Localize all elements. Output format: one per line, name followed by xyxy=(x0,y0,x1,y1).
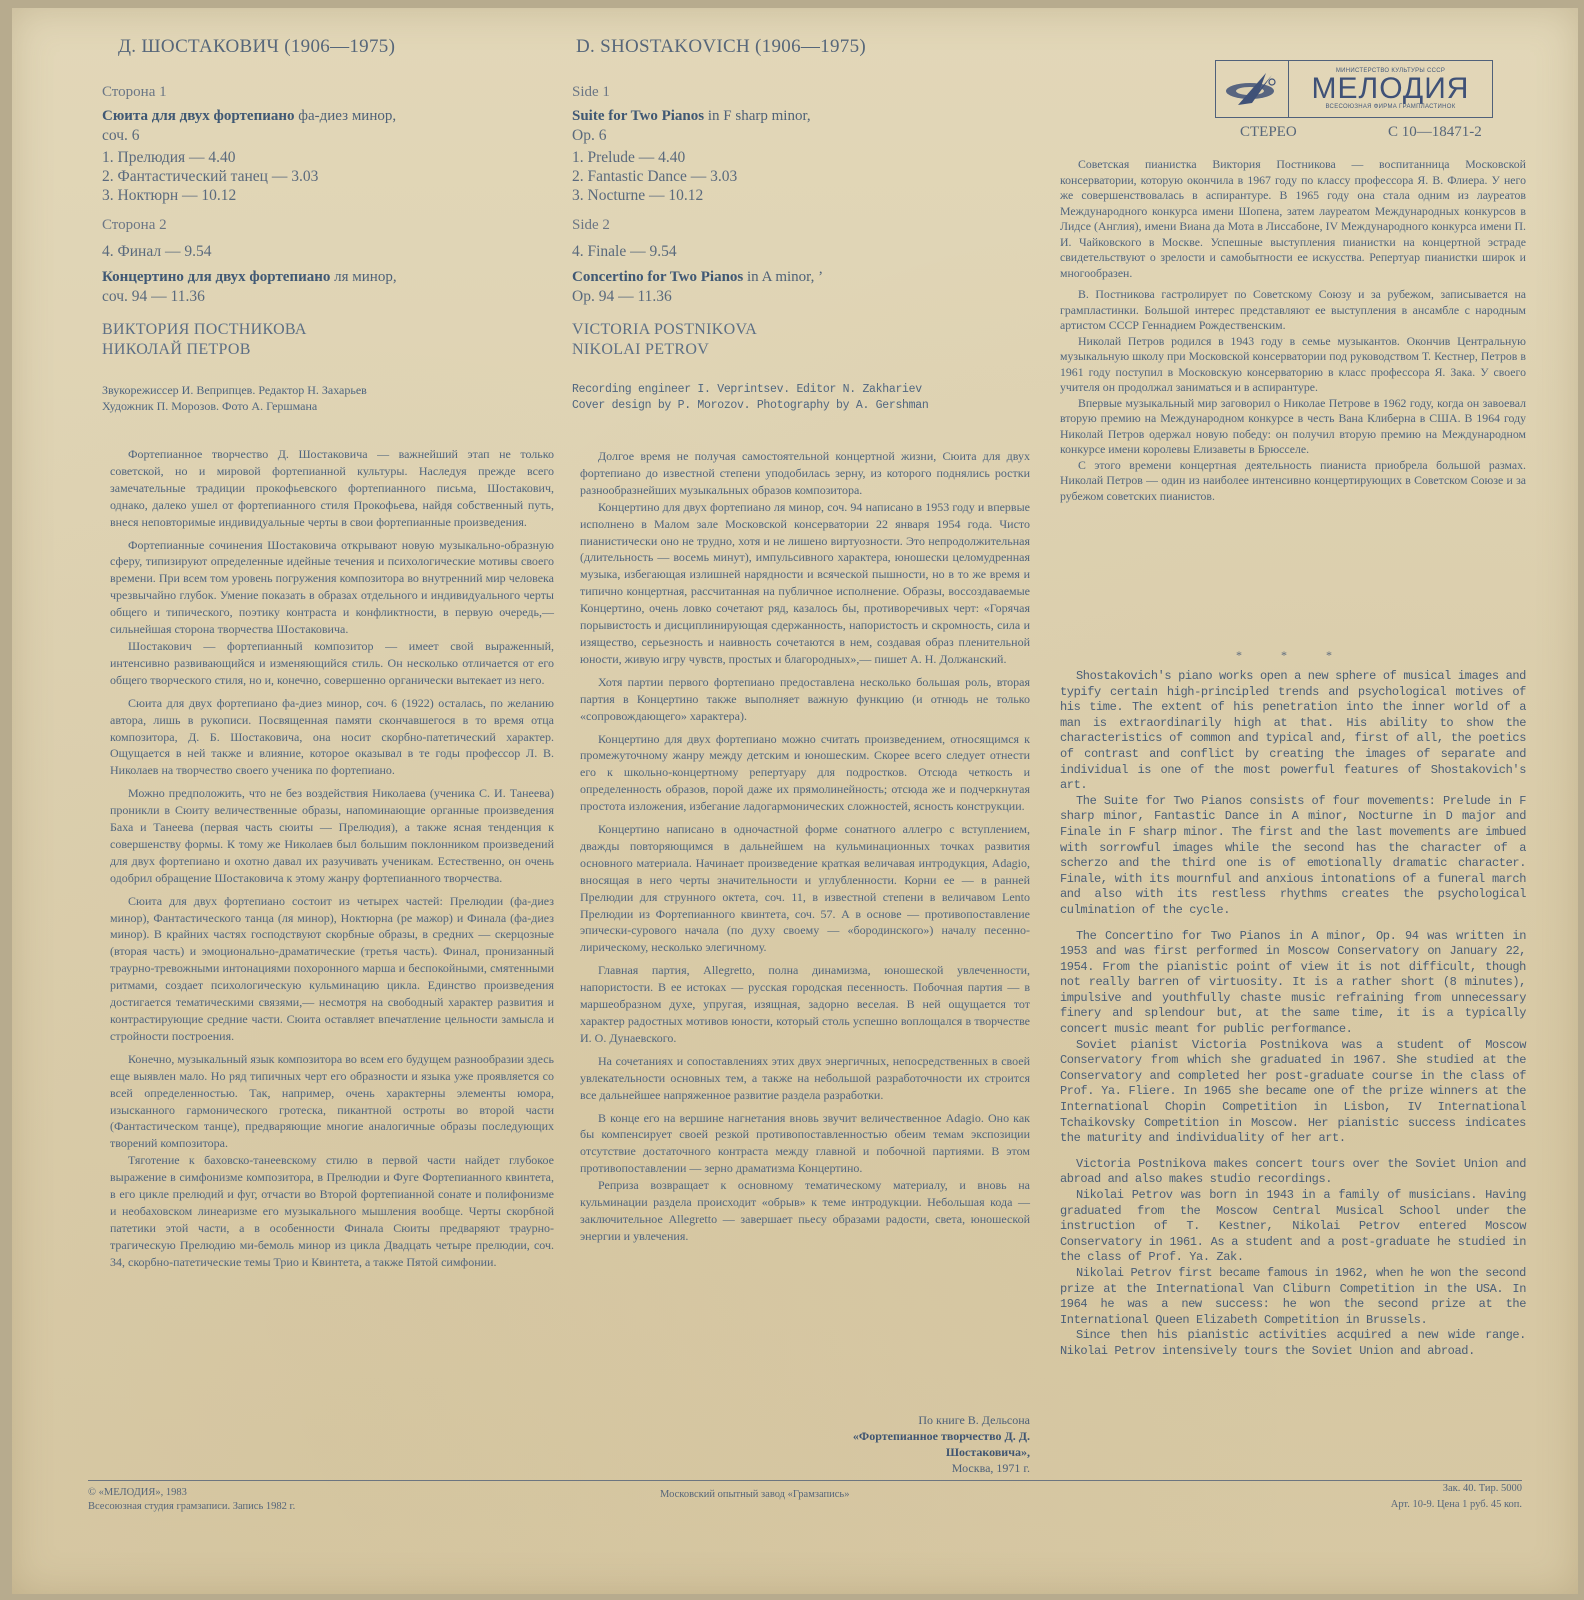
performers-en: VICTORIA POSTNIKOVA NIKOLAI PETROV xyxy=(572,320,1042,360)
suite-title-en: Suite for Two Pianos in F sharp minor, xyxy=(572,107,1042,126)
performer-name: NIKOLAI PETROV xyxy=(572,340,1042,360)
english-paragraph: The Suite for Two Pianos consists of fou… xyxy=(1060,794,1526,919)
bio-paragraph: В. Постникова гастролирует по Советскому… xyxy=(1060,287,1526,334)
essay-paragraph: Тяготение к баховско-танеевскому стилю в… xyxy=(110,1152,554,1270)
essay-paragraph: Реприза возвращает к основному тематичес… xyxy=(580,1177,1030,1245)
track-item: 2. Фантастический танец — 3.03 xyxy=(102,167,562,186)
tracklist-ru: Сторона 1 Сюита для двух фортепиано фа-д… xyxy=(102,84,562,414)
essay-paragraph: Долгое время не получая самостоятельной … xyxy=(580,448,1030,499)
english-paragraph: Soviet pianist Victoria Postnikova was a… xyxy=(1060,1038,1526,1147)
side-2-label-ru: Сторона 2 xyxy=(102,217,562,234)
english-text: Shostakovich's piano works open a new sp… xyxy=(1060,669,1526,1360)
essay-ru-part-1: Фортепианное творчество Д. Шостаковича —… xyxy=(110,446,554,1271)
bio-paragraph: С этого времени концертная деятельность … xyxy=(1060,458,1526,505)
concertino-opus-en: Op. 94 — 11.36 xyxy=(572,287,1042,306)
tracklist-en: Side 1 Suite for Two Pianos in F sharp m… xyxy=(572,84,1042,414)
bio-paragraph: Впервые музыкальный мир заговорил о Нико… xyxy=(1060,396,1526,458)
source-attribution: По книге В. Дельсона «Фортепианное творч… xyxy=(766,1412,1030,1476)
price-info: Арт. 10-9. Цена 1 руб. 45 коп. xyxy=(1391,1498,1522,1512)
english-paragraph: The Concertino for Two Pianos in A minor… xyxy=(1060,929,1526,1038)
track-item: 3. Nocturne — 10.12 xyxy=(572,186,1042,205)
credits-ru: Звукорежиссер И. Веприпцев. Редактор Н. … xyxy=(102,382,562,414)
track-item: 1. Прелюдия — 4.40 xyxy=(102,148,562,167)
suite-opus-en: Op. 6 xyxy=(572,126,1042,145)
credit-line: Художник П. Морозов. Фото А. Гершмана xyxy=(102,398,562,414)
pressing-plant: Московский опытный завод «Грамзапись» xyxy=(660,1488,849,1502)
essay-paragraph: Фортепианное творчество Д. Шостаковича —… xyxy=(110,446,554,531)
credits-en: Recording engineer I. Veprintsev. Editor… xyxy=(572,382,1042,414)
side-1-label-en: Side 1 xyxy=(572,84,1042,101)
melodiya-logo: Министерство культуры СССР МЕЛОДИЯ Всесо… xyxy=(1215,60,1493,118)
performer-name: ВИКТОРИЯ ПОСТНИКОВА xyxy=(102,320,562,340)
copyright-line: © «МЕЛОДИЯ», 1983 xyxy=(88,1486,187,1500)
studio-line: Всесоюзная студия грамзаписи. Запись 198… xyxy=(88,1500,295,1514)
suite-opus-ru: соч. 6 xyxy=(102,126,562,145)
essay-paragraph: Конечно, музыкальный язык композитора во… xyxy=(110,1051,554,1152)
side-1-tracks-ru: 1. Прелюдия — 4.40 2. Фантастический тан… xyxy=(102,148,562,205)
credit-line: Recording engineer I. Veprintsev. Editor… xyxy=(572,382,1042,398)
concertino-title-en: Concertino for Two Pianos in A minor, ’ xyxy=(572,268,1042,287)
section-separator: * * * xyxy=(1060,648,1526,663)
concertino-opus-ru: соч. 94 — 11.36 xyxy=(102,287,562,306)
essay-paragraph: Концертино для двух фортепиано можно счи… xyxy=(580,731,1030,816)
track-item: 3. Ноктюрн — 10.12 xyxy=(102,186,562,205)
track-item: 2. Fantastic Dance — 3.03 xyxy=(572,167,1042,186)
essay-paragraph: Хотя партии первого фортепиано предостав… xyxy=(580,674,1030,725)
credit-line: Звукорежиссер И. Веприпцев. Редактор Н. … xyxy=(102,382,562,398)
essay-ru-part-2: Долгое время не получая самостоятельной … xyxy=(580,448,1030,1245)
essay-paragraph: Фортепианные сочинения Шостаковича откры… xyxy=(110,537,554,638)
performers-ru: ВИКТОРИЯ ПОСТНИКОВА НИКОЛАЙ ПЕТРОВ xyxy=(102,320,562,360)
essay-paragraph: Концертино написано в одночастной форме … xyxy=(580,821,1030,956)
performer-name: НИКОЛАЙ ПЕТРОВ xyxy=(102,340,562,360)
footer-divider xyxy=(88,1480,1522,1481)
performer-name: VICTORIA POSTNIKOVA xyxy=(572,320,1042,340)
english-notes: * * * Shostakovich's piano works open a … xyxy=(1060,642,1526,1360)
english-paragraph: Nikolai Petrov was born in 1943 in a fam… xyxy=(1060,1188,1526,1266)
side-2-label-en: Side 2 xyxy=(572,217,1042,234)
english-paragraph: Since then his pianistic activities acqu… xyxy=(1060,1328,1526,1359)
essay-paragraph: В конце его на вершине нагнетания вновь … xyxy=(580,1110,1030,1178)
english-paragraph: Shostakovich's piano works open a new sp… xyxy=(1060,669,1526,794)
composer-heading-en: D. SHOSTAKOVICH (1906—1975) xyxy=(576,36,866,58)
essay-paragraph: Можно предположить, что не без воздейств… xyxy=(110,785,554,886)
english-paragraph: Nikolai Petrov first became famous in 19… xyxy=(1060,1266,1526,1328)
bio-paragraph: Николай Петров родился в 1943 году в сем… xyxy=(1060,334,1526,396)
essay-paragraph: Сюита для двух фортепиано фа-диез минор,… xyxy=(110,695,554,780)
concertino-title-ru: Концертино для двух фортепиано ля минор, xyxy=(102,268,562,287)
order-info: Зак. 40. Тир. 5000 xyxy=(1443,1482,1522,1496)
essay-paragraph: Концертино для двух фортепиано ля минор,… xyxy=(580,499,1030,668)
english-paragraph: Victoria Postnikova makes concert tours … xyxy=(1060,1157,1526,1188)
side-1-label-ru: Сторона 1 xyxy=(102,84,562,101)
track-item: 1. Prelude — 4.40 xyxy=(572,148,1042,167)
melodiya-wordmark: Министерство культуры СССР МЕЛОДИЯ Всесо… xyxy=(1289,61,1492,117)
composer-heading-ru: Д. ШОСТАКОВИЧ (1906—1975) xyxy=(118,36,395,58)
credit-line: Cover design by P. Morozov. Photography … xyxy=(572,398,1042,414)
essay-paragraph: На сочетаниях и сопоставлениях этих двух… xyxy=(580,1053,1030,1104)
suite-title-ru: Сюита для двух фортепиано фа-диез минор, xyxy=(102,107,562,126)
melodiya-bird-icon xyxy=(1216,61,1289,117)
essay-paragraph: Сюита для двух фортепиано состоит из чет… xyxy=(110,893,554,1045)
side-1-tracks-en: 1. Prelude — 4.40 2. Fantastic Dance — 3… xyxy=(572,148,1042,205)
stereo-label: СТЕРЕО xyxy=(1240,124,1297,141)
essay-paragraph: Главная партия, Allegretto, полна динами… xyxy=(580,962,1030,1047)
bio-paragraph: Советская пианистка Виктория Постникова … xyxy=(1060,157,1526,281)
catalog-number: С 10—18471-2 xyxy=(1388,124,1482,141)
track-item: 4. Финал — 9.54 xyxy=(102,242,562,261)
essay-paragraph: Шостакович — фортепианный композитор — и… xyxy=(110,638,554,689)
track-item: 4. Finale — 9.54 xyxy=(572,242,1042,261)
performers-bio-ru: Советская пианистка Виктория Постникова … xyxy=(1060,157,1526,504)
